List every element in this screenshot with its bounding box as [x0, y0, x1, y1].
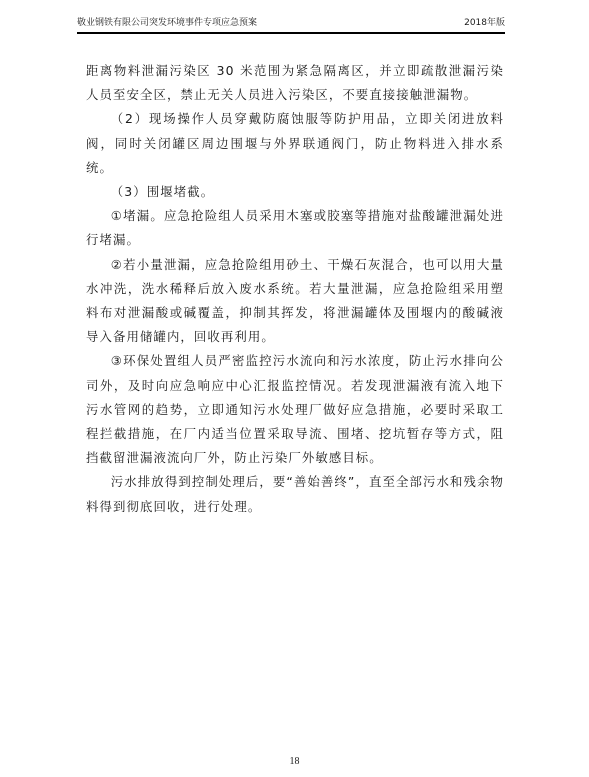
page-number: 18 — [0, 756, 589, 767]
paragraph-4: ①堵漏。应急抢险组人员采用木塞或胶塞等措施对盐酸罐泄漏处进行堵漏。 — [86, 204, 504, 252]
paragraph-1: 距离物料泄漏污染区 30 米范围为紧急隔离区，并立即疏散泄漏污染人员至安全区，禁… — [86, 59, 504, 107]
paragraph-7: 污水排放得到控制处理后，要“善始善终”，直至全部污水和残余物料得到彻底回收，进行… — [86, 470, 504, 518]
document-body: 距离物料泄漏污染区 30 米范围为紧急隔离区，并立即疏散泄漏污染人员至安全区，禁… — [86, 59, 504, 519]
edition-label: 2018年版 — [464, 16, 505, 30]
paragraph-2: （2）现场操作人员穿戴防腐蚀服等防护用品，立即关闭进放料阀，同时关闭罐区周边围堰… — [86, 107, 504, 180]
document-title: 敬业钢铁有限公司突发环境事件专项应急预案 — [77, 16, 257, 30]
paragraph-5: ②若小量泄漏，应急抢险组用砂土、干燥石灰混合，也可以用大量水冲洗，洗水稀释后放入… — [86, 253, 504, 350]
paragraph-6: ③环保处置组人员严密监控污水流向和污水浓度，防止污水排向公司外，及时向应急响应中… — [86, 349, 504, 470]
paragraph-3: （3）围堰堵截。 — [86, 180, 504, 204]
page-header: 敬业钢铁有限公司突发环境事件专项应急预案 2018年版 — [77, 16, 505, 34]
